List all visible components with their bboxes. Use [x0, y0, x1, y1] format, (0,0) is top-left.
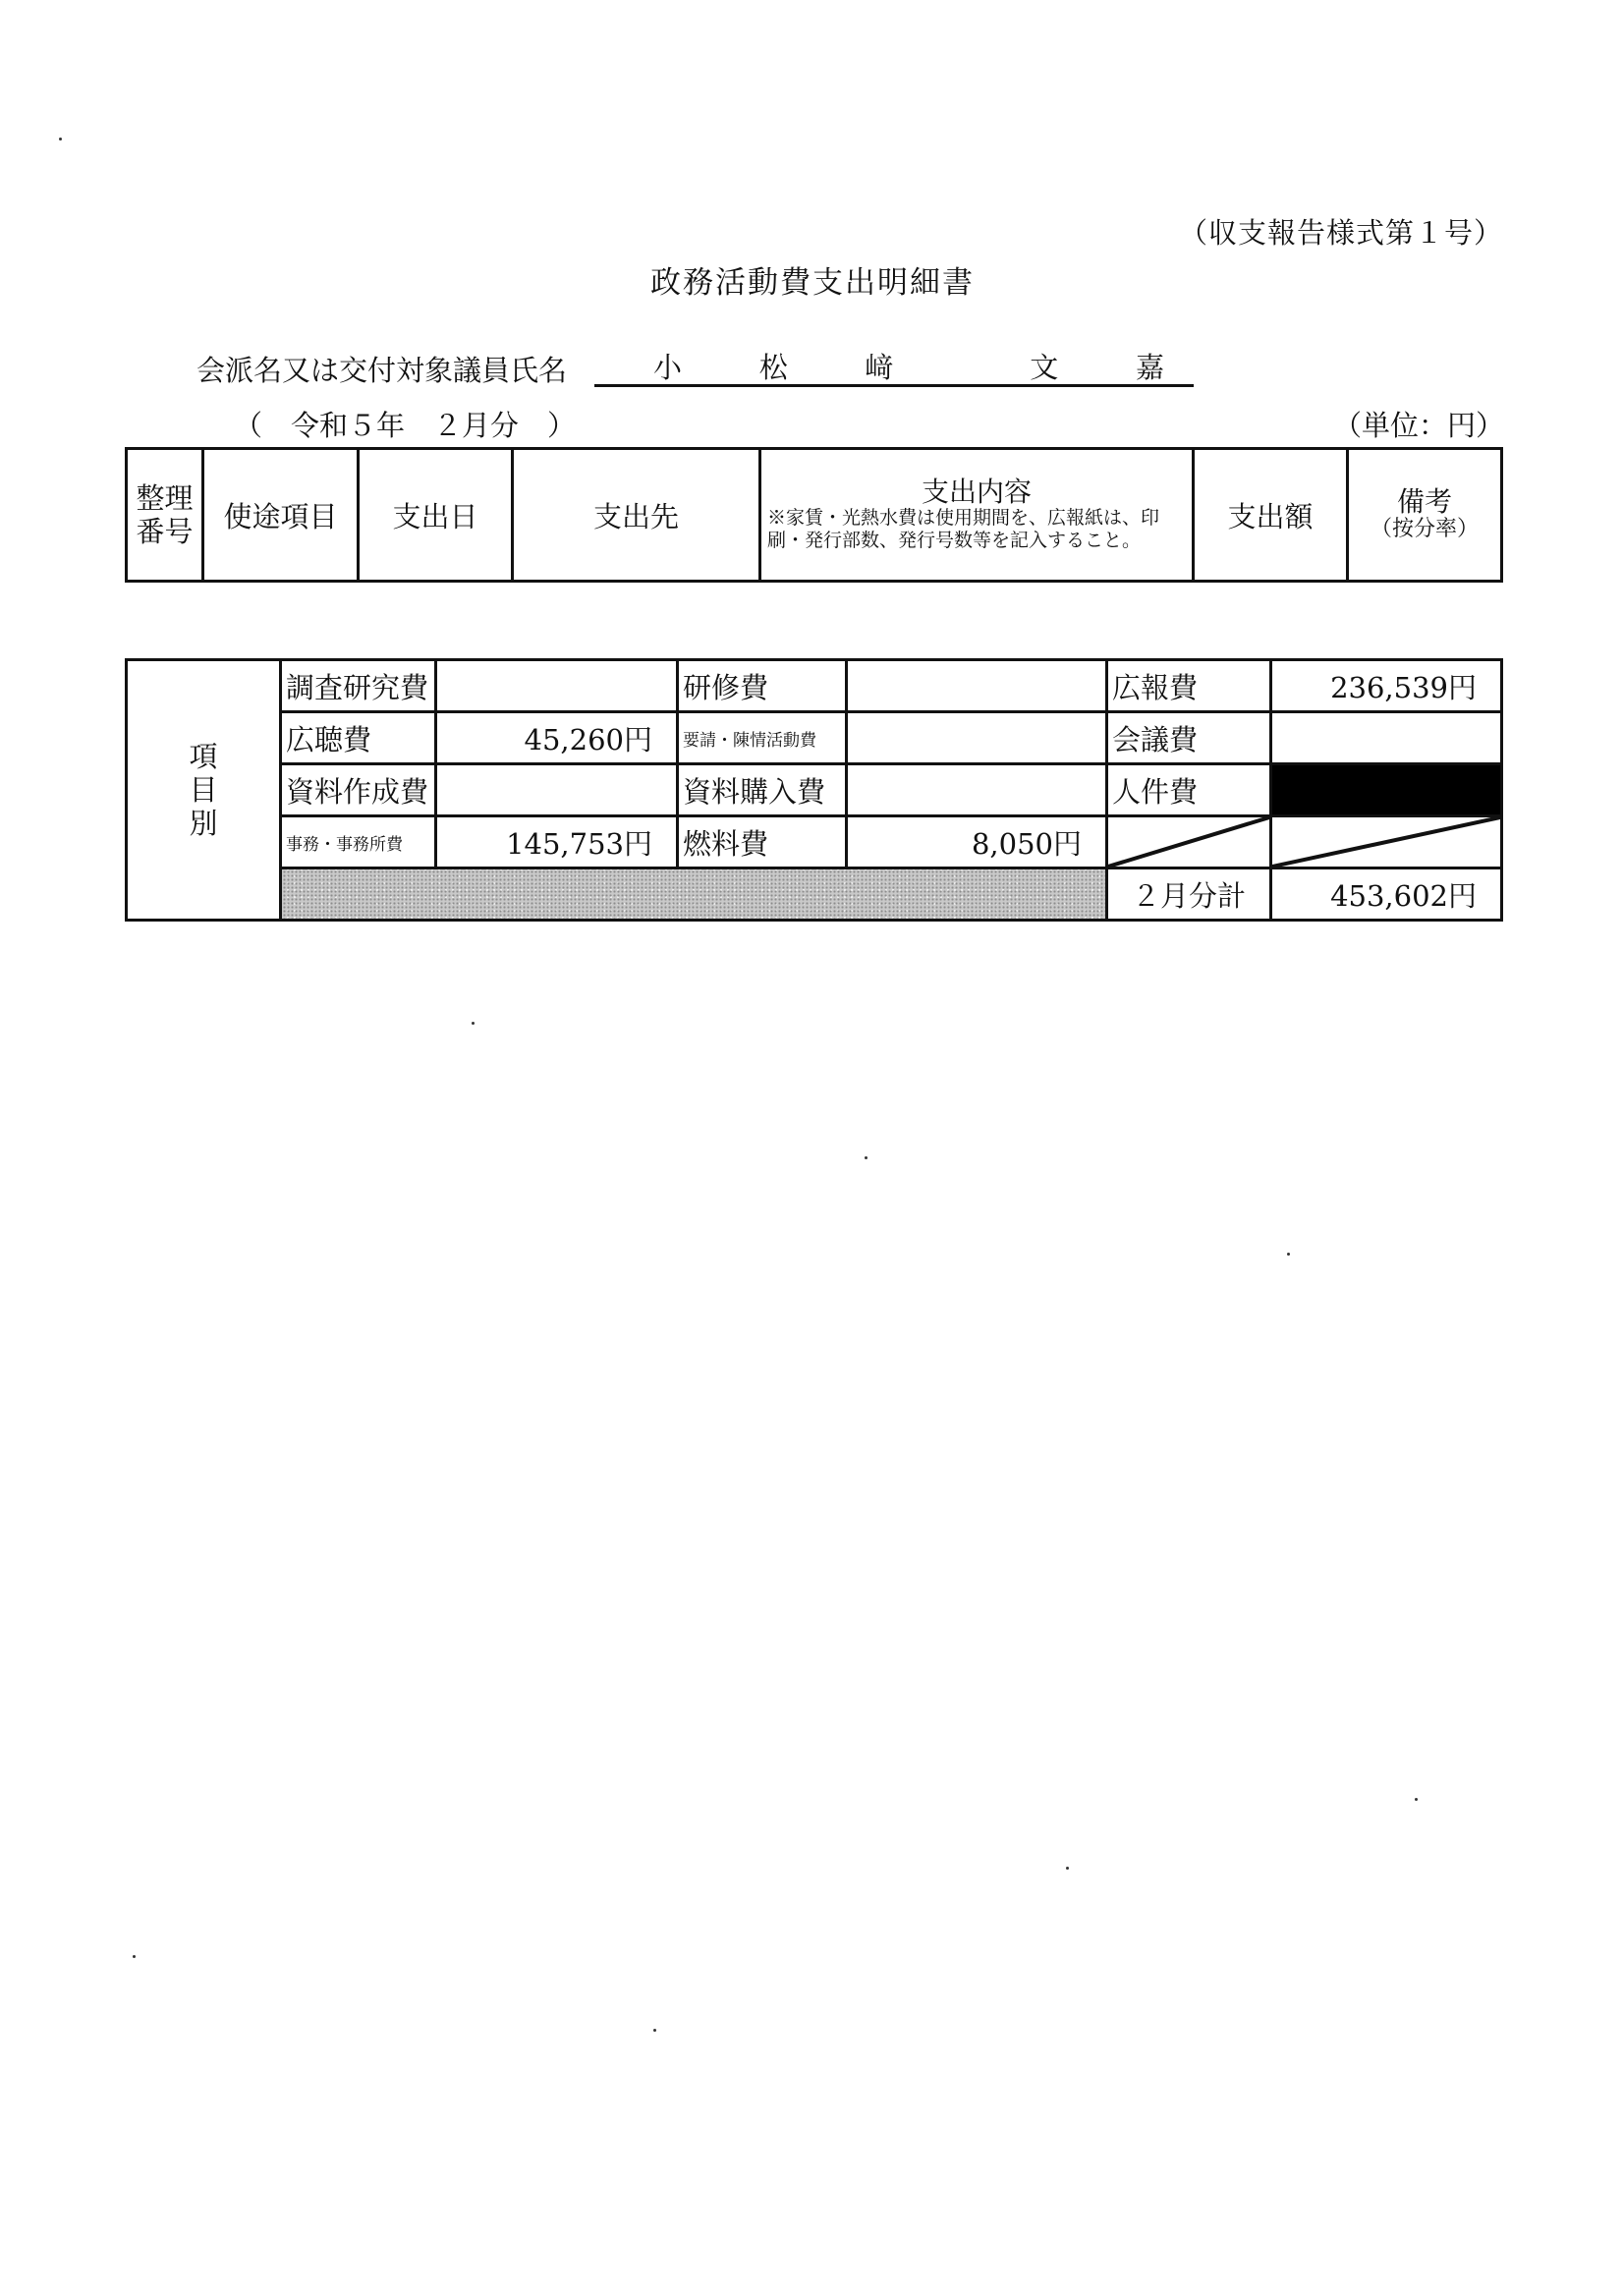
label-char: 別 [128, 807, 279, 840]
member-name-char: 小 [653, 346, 682, 384]
scan-speck [865, 1156, 867, 1159]
col-header-description: 支出内容 ※家賃・光熱水費は使用期間を、広報紙は、印刷・発行部数、発行号数等を記… [760, 449, 1194, 582]
category-name: 人件費 [1107, 764, 1271, 816]
category-name: 燃料費 [678, 816, 847, 868]
scan-speck [1066, 1867, 1069, 1870]
unit-label: （単位：円） [1333, 404, 1504, 444]
struck-cell [1107, 816, 1271, 868]
member-name-char: 﨑 [865, 346, 893, 384]
label-char: 目 [128, 773, 279, 807]
category-name: 資料購入費 [678, 764, 847, 816]
category-name: 会議費 [1107, 712, 1271, 764]
header-text: 番号 [128, 515, 201, 548]
category-value [847, 712, 1107, 764]
col-header-serial-number: 整理 番号 [127, 449, 203, 582]
category-value [847, 660, 1107, 712]
category-value: 236,539円 [1271, 660, 1502, 712]
category-name: 広報費 [1107, 660, 1271, 712]
category-row: 事務・事務所費 145,753円 燃料費 8,050円 [127, 816, 1502, 868]
reporting-period: （ 令和５年 ２月分 ） [234, 404, 576, 444]
category-row: 広聴費 45,260円 要請・陳情活動費 会議費 [127, 712, 1502, 764]
member-name-char: 文 [1030, 346, 1058, 384]
form-number: （収支報告様式第１号） [1179, 211, 1503, 252]
header-text: 整理 [128, 481, 201, 515]
header-subtext: （按分率） [1349, 517, 1500, 542]
col-header-amount: 支出額 [1194, 449, 1348, 582]
diagonal-strike-icon [1272, 817, 1500, 867]
category-name: 広聴費 [281, 712, 436, 764]
scan-speck [1287, 1253, 1290, 1256]
col-header-remarks: 備考 （按分率） [1348, 449, 1502, 582]
redacted-value [1271, 764, 1502, 816]
category-value [847, 764, 1107, 816]
detail-header-row: 整理 番号 使途項目 支出日 支出先 支出内容 ※家賃・光熱水費は使用期間を、広… [127, 449, 1502, 582]
label-char: 項 [128, 740, 279, 773]
scan-speck [653, 2029, 656, 2032]
total-row: ２月分計 453,602円 [127, 868, 1502, 921]
scan-speck [59, 138, 62, 140]
total-value: 453,602円 [1271, 868, 1502, 921]
category-name: 要請・陳情活動費 [678, 712, 847, 764]
category-value: 45,260円 [436, 712, 678, 764]
member-name-char: 嘉 [1136, 346, 1164, 384]
category-row: 資料作成費 資料購入費 人件費 [127, 764, 1502, 816]
scan-speck [472, 1022, 475, 1025]
category-name: 研修費 [678, 660, 847, 712]
expense-detail-table: 整理 番号 使途項目 支出日 支出先 支出内容 ※家賃・光熱水費は使用期間を、広… [125, 447, 1503, 583]
category-row: 項 目 別 調査研究費 研修費 広報費 236,539円 [127, 660, 1502, 712]
header-note: ※家賃・光熱水費は使用期間を、広報紙は、印刷・発行部数、発行号数等を記入すること… [767, 507, 1186, 552]
by-category-label: 項 目 別 [127, 660, 281, 921]
member-name-label: 会派名又は交付対象議員氏名 [196, 349, 567, 389]
col-header-payee: 支出先 [513, 449, 760, 582]
header-text: 備考 [1349, 487, 1500, 517]
col-header-purpose: 使途項目 [203, 449, 359, 582]
category-value: 8,050円 [847, 816, 1107, 868]
diagonal-strike-icon [1108, 817, 1269, 867]
total-label: ２月分計 [1107, 868, 1271, 921]
document-title: 政務活動費支出明細書 [650, 257, 975, 302]
header-text: 支出内容 [767, 477, 1186, 507]
category-value [436, 660, 678, 712]
category-name: 事務・事務所費 [281, 816, 436, 868]
member-name-field: 小 松 﨑 文 嘉 [594, 346, 1194, 387]
category-value [1271, 712, 1502, 764]
category-name: 資料作成費 [281, 764, 436, 816]
category-summary-table: 項 目 別 調査研究費 研修費 広報費 236,539円 広聴費 45,260円… [125, 658, 1503, 922]
scan-speck [1415, 1798, 1418, 1801]
scan-speck [133, 1955, 136, 1958]
shaded-area [281, 868, 1107, 921]
col-header-date: 支出日 [359, 449, 513, 582]
struck-cell [1271, 816, 1502, 868]
category-name: 調査研究費 [281, 660, 436, 712]
category-value [436, 764, 678, 816]
member-name-char: 松 [759, 346, 788, 384]
category-value: 145,753円 [436, 816, 678, 868]
